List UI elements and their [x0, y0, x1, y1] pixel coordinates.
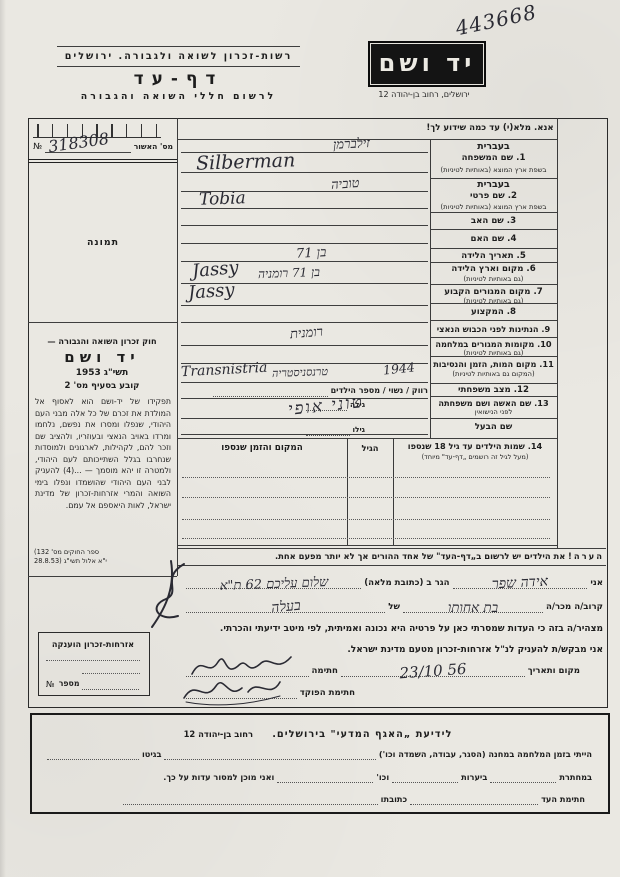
of-whom-blank: בעלה	[186, 600, 385, 613]
note-line: הערה! את הילדים יש לרשום ב„דף-העד" של אח…	[180, 551, 604, 561]
label-sep	[430, 356, 557, 357]
birth-date-handwritten: בן 71	[296, 244, 327, 262]
citizenship-dotted-line-2	[82, 673, 140, 674]
field-14-sublabel: (מעל לגיל זה רושמים „דף-עד" מיוחד)	[396, 453, 554, 461]
children-table-row	[182, 477, 550, 478]
residence-latin-handwritten: Jassy	[187, 279, 235, 303]
children-table-top	[177, 438, 557, 439]
note-text: את הילדים יש לרשום ב„דף-העד" של אחד ההור…	[275, 551, 565, 561]
children-table-divider-age	[347, 438, 348, 545]
official-signature-scribble	[180, 676, 284, 706]
children-table-bottom	[177, 545, 557, 546]
info-line-underground: במחתרת ביערות וכו' ואני מוכן למסור עדות …	[44, 770, 592, 783]
official-signature-row: חתימת הפוקד	[183, 686, 355, 699]
logo-address: ירושלים, רחוב בן-יהודה 12	[358, 90, 490, 99]
field-2-sublabel: בשפת ארץ המוצא (באותיות לטיניות)	[430, 202, 557, 212]
field-2-label: 2. שם פרטי	[430, 191, 557, 201]
marital-status-line: רווק / נשוי / מספר הילדים	[210, 385, 428, 397]
relation-blank: בת אחותו	[403, 600, 543, 613]
etc-label: וכו'	[376, 771, 389, 783]
ghetto-label: בגיטו	[142, 748, 161, 760]
sidebar-divider	[177, 118, 178, 576]
note-title: הערה!	[568, 551, 604, 561]
label-sep	[430, 418, 557, 419]
field-7-sublabel: (גם באותיות לטיניות)	[430, 296, 557, 306]
children-table-divider-label	[393, 438, 394, 545]
numero-symbol: №	[33, 141, 42, 153]
label-sep	[430, 337, 557, 338]
info-box-title-address: רחוב בן-יהודה 12	[184, 729, 254, 739]
label-sep	[430, 284, 557, 285]
field-13-sublabel: לפני הנישואין	[430, 407, 557, 417]
info-line-witness: חתימת העד כתובתו	[120, 792, 585, 805]
children-col-age-header: הגיל	[347, 443, 393, 453]
law-clause: קובע בסעיף מס' 2	[35, 381, 169, 391]
writing-line	[181, 225, 428, 226]
husband-age-field: גילו	[303, 424, 365, 436]
husband-name-label: שם הבעל	[430, 422, 557, 432]
page-of-testimony-scan: 443668 רשות-זכרון לשואה ולגבורה. ירושלים…	[0, 0, 620, 877]
field-12-label: 12. מצב משפחתי	[430, 385, 557, 395]
label-sep	[430, 303, 557, 304]
authority-name: רשות-זכרון לשואה ולגבורה. ירושלים	[57, 51, 300, 62]
page-subtitle: לרשום חללי השואה והגבורה	[57, 91, 300, 102]
place-date-label: מקום ותאריך	[528, 665, 580, 677]
children-table-row	[182, 538, 550, 539]
family-name-hebrew-handwritten: זילברמן	[333, 135, 371, 153]
of-label: של	[388, 601, 400, 613]
declarant-name-blank: אידה שפר	[453, 576, 588, 589]
right-inner-border	[557, 118, 558, 548]
label-sep	[430, 383, 557, 384]
law-year: תשי"ג 1953	[35, 368, 169, 378]
writing-line	[181, 305, 428, 306]
citizenship-dotted-line-1	[46, 660, 140, 661]
info-box-title: לידיעת „האגף המדעי" בירושלים.	[272, 729, 452, 740]
camp-label: הייתי בזמן המלחמה במחנה (הסגר, עבודה, הש…	[379, 748, 592, 760]
willing-to-testify-label: ואני מוכן למסור עדות על כך.	[163, 771, 274, 783]
field-11-label: 11. מקום המות, הזמן והנסיבות	[430, 359, 557, 369]
label-sep	[430, 212, 557, 213]
note-strip-top	[177, 548, 606, 549]
birth-place-hebrew-handwritten: בן 71 רומניה	[258, 265, 320, 282]
declarant-name-handwritten: אידה שפר	[491, 574, 548, 594]
law-citation-line2: י"א אלול תשי"ג (28.8.53	[34, 557, 154, 565]
yad-vashem-logo: יד ושם	[368, 41, 486, 87]
declarant-identity-row: אני אידה שפר הגר ב (כתובת מלאה) שלום עלי…	[183, 576, 603, 589]
field-1-label: 1. שם המשפחה	[430, 153, 557, 163]
citizenship-number-row: מספר №	[46, 678, 142, 690]
relation-handwritten: בת אחותו	[448, 600, 498, 616]
label-sep	[430, 262, 557, 263]
declarant-address-blank: שלום עליכם 62 ת"א	[186, 576, 361, 589]
page-title: דף-עד	[57, 69, 300, 89]
children-col-place-header: המקום והזמן שנספו	[180, 443, 344, 453]
citizenship-numero-symbol: №	[46, 678, 55, 690]
label-sep	[430, 396, 557, 397]
declaration-statement: מצהיר/ה בזה כי העדות שמסרתי כאן על פרטיה…	[183, 624, 603, 634]
death-place-hebrew-handwritten: טרנסניסטריה	[272, 365, 328, 380]
note-strip-bottom	[177, 565, 606, 566]
header-rule-top	[57, 46, 300, 47]
field-8-label: 8. המקצוע	[430, 307, 557, 317]
signature-label: חתימה	[312, 665, 338, 677]
serial-number-handwritten: 443668	[453, 0, 539, 40]
label-sep	[430, 229, 557, 230]
approval-heavy-rule	[28, 159, 177, 163]
yad-vashem-logo-text: יד ושם	[379, 49, 476, 77]
fill-instruction: אנא. מלא(י) עד כמה שידוע לך!	[424, 123, 556, 133]
first-name-hebrew-handwritten: טוביה	[330, 175, 360, 193]
forests-label: ביערות	[461, 771, 487, 783]
children-table-row	[182, 497, 550, 498]
official-signature-blank	[186, 686, 297, 699]
relative-label: קרוב/ה מכר/ה	[546, 601, 603, 613]
field-5-label: 5. תאריך הלידה	[430, 251, 557, 261]
law-citation-line1: (ספר החוקים מס' 132	[34, 548, 154, 556]
law-name: יד ושם	[35, 348, 169, 366]
relation-row: קרוב/ה מכר/ה בת אחותו של בעלה	[183, 600, 603, 613]
place-date-blank: 23/10 56	[341, 664, 525, 677]
writing-line	[181, 243, 428, 244]
info-box-title-row: לידיעת „האגף המדעי" בירושלים. רחוב בן-יה…	[30, 722, 606, 741]
field-14-label: 14. שמות הילדים עד גיל 18 שנספו	[396, 441, 554, 451]
citizenship-granted-title: אזרחות-זכרון הוענקה	[40, 639, 146, 649]
official-signature-label: חתימת הפוקד	[300, 687, 355, 699]
field-11-sublabel: (המקום גם באותיות לטיניות)	[430, 369, 557, 379]
header-rule-bottom	[57, 66, 300, 67]
label-sep	[430, 248, 557, 249]
husband-age-label: גילו	[353, 424, 366, 436]
field-1-sublabel: בשפת ארץ המוצא (באותיות לטיניות)	[430, 165, 557, 175]
citizenship-handwritten: רומנית	[289, 324, 323, 343]
witness-signature-label: חתימת העד	[541, 793, 585, 805]
writing-line	[181, 382, 428, 383]
underground-label: במחתרת	[559, 771, 592, 783]
field-2-lang: בעברית	[430, 180, 557, 190]
writing-line	[181, 345, 428, 346]
photo-label: תמונה	[33, 237, 173, 248]
family-name-latin-handwritten: Silberman	[196, 149, 296, 174]
field-4-label: 4. שם האם	[430, 234, 557, 244]
law-intro: חוק זכרון השואה והגבורה —	[35, 336, 169, 346]
law-body: תפקידו של יד-ושם הוא לאסוף אל המולדת את …	[35, 396, 171, 511]
witness-address-label: כתובתו	[381, 793, 407, 805]
field-3-label: 3. שם האב	[430, 216, 557, 226]
photo-bottom-rule	[28, 322, 177, 323]
info-line-camp: הייתי בזמן המלחמה במחנה (הסגר, עבודה, הש…	[44, 747, 592, 760]
margin-flourish-scribble	[140, 558, 196, 630]
approval-number-label: מס' האשור	[134, 141, 173, 153]
field-9-label: 9. הנתינות לפני הכבוש הנאצי	[430, 324, 557, 334]
i-label: אני	[590, 577, 603, 589]
children-table-row	[182, 519, 550, 520]
field-1-lang: בעברית	[430, 142, 557, 152]
of-whom-handwritten: בעלה	[270, 598, 301, 617]
birth-place-latin-handwritten: Jassy	[191, 257, 239, 282]
label-sep	[430, 320, 557, 321]
field-6-label: 6. מקום וארץ הלידה	[430, 264, 557, 274]
field-6-sublabel: (גם באותיות לטיניות)	[430, 274, 557, 284]
residing-label: הגר ב (כתובת מלאה)	[364, 577, 449, 589]
first-name-latin-handwritten: Tobia	[199, 188, 246, 210]
writing-line	[181, 322, 428, 323]
citizenship-number-label: מספר	[59, 678, 80, 690]
